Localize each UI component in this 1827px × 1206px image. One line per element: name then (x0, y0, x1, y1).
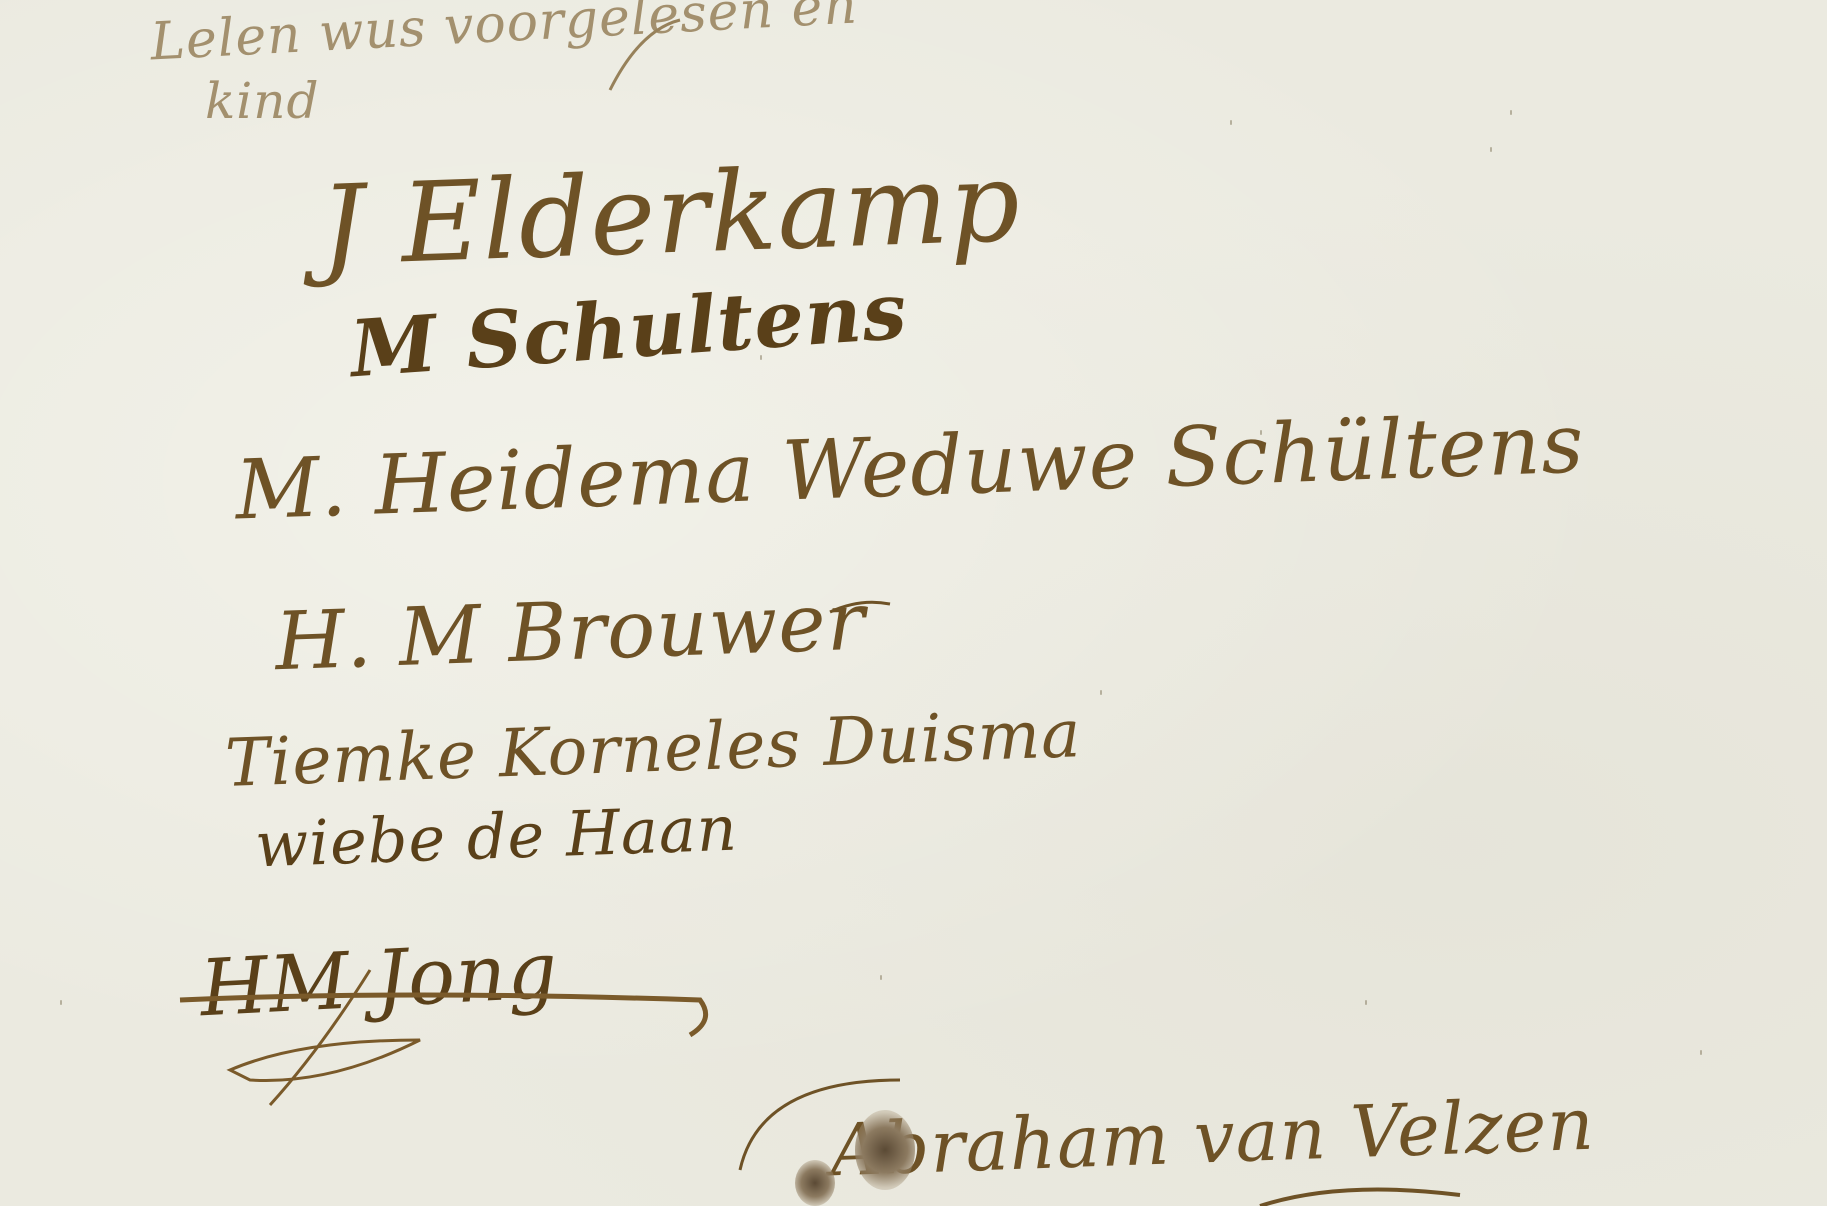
ink-stain (795, 1160, 835, 1206)
ink-flourishes (0, 0, 1827, 1206)
ink-stain (855, 1110, 915, 1190)
